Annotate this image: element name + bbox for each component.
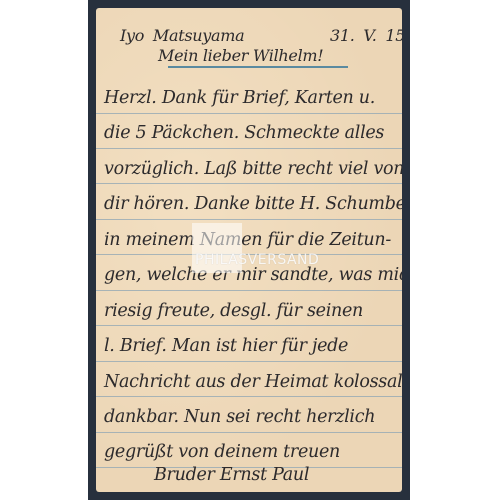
watermark-text: PHILASVERSAND (195, 252, 319, 268)
ruled-line (96, 325, 402, 326)
header-place-date: Iyo Matsuyama 31. V. 15. (120, 26, 402, 45)
body-line: l. Brief. Man ist hier für jede (104, 336, 402, 356)
body-line: in meinem Namen für die Zeitun- (104, 230, 402, 250)
ruled-line (96, 219, 402, 220)
signature: Bruder Ernst Paul (154, 465, 402, 485)
ruled-line (96, 432, 402, 433)
place-text: Iyo Matsuyama (120, 26, 244, 45)
ruled-line (96, 290, 402, 291)
salutation: Mein lieber Wilhelm! (158, 46, 402, 65)
ruled-line (96, 113, 402, 114)
ruled-line (96, 148, 402, 149)
body-line: Nachricht aus der Heimat kolossal (104, 372, 402, 392)
salutation-underline (168, 66, 348, 68)
salutation-text: Mein lieber Wilhelm! (158, 46, 323, 65)
ruled-line (96, 361, 402, 362)
body-line: riesig freute, desgl. für seinen (104, 301, 402, 321)
body-line: gegrüßt von deinem treuen (104, 442, 402, 462)
postcard: Iyo Matsuyama 31. V. 15. Mein lieber Wil… (96, 8, 402, 492)
body-line: dir hören. Danke bitte H. Schumber (104, 194, 402, 214)
ruled-line (96, 396, 402, 397)
body-line: Herzl. Dank für Brief, Karten u. (104, 88, 402, 108)
body-line: vorzüglich. Laß bitte recht viel von (104, 159, 402, 179)
ruled-line (96, 183, 402, 184)
body-line: gen, welche er mir sandte, was mich (104, 265, 402, 285)
body-line: die 5 Päckchen. Schmeckte alles (104, 123, 402, 143)
body-line: dankbar. Nun sei recht herzlich (104, 407, 402, 427)
date-text: 31. V. 15. (330, 26, 402, 45)
